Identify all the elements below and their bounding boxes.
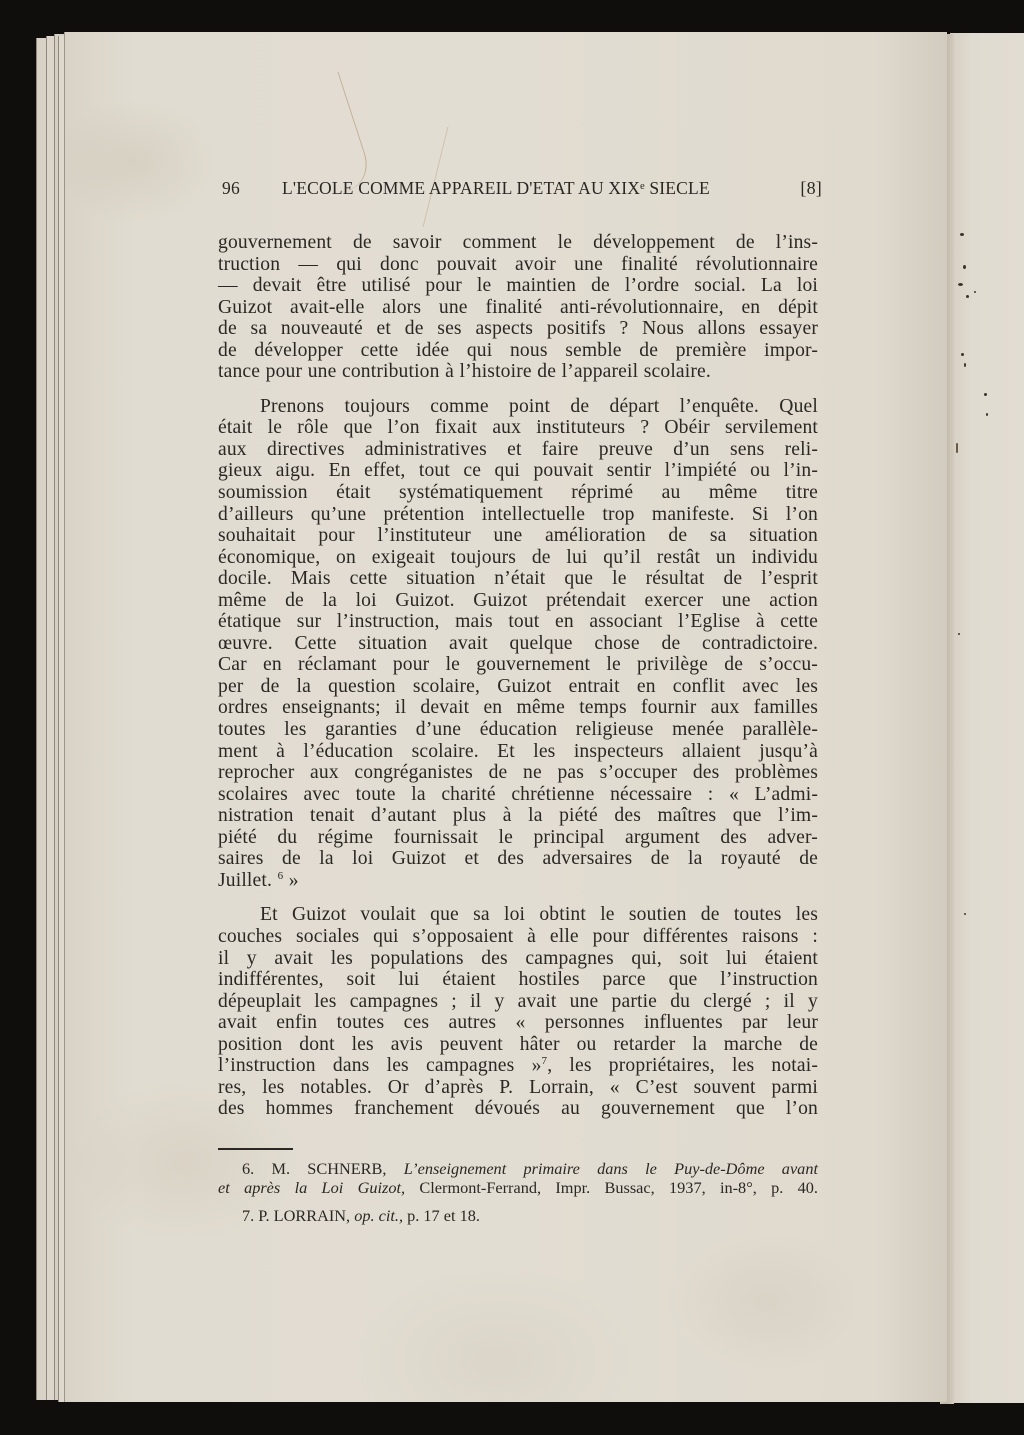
text-line: il y avait les populations des campagnes… (218, 948, 818, 970)
footnote-title: L’enseignement primaire dans le Puy-de-D… (404, 1159, 818, 1178)
text-line: Guizot avait-elle alors une finalité ant… (218, 297, 818, 319)
footnote-6: 6. M. SCHNERB, L’enseignement primaire d… (218, 1160, 818, 1197)
text-line: per de la question scolaire, Guizot entr… (218, 676, 818, 698)
text-line: Et Guizot voulait que sa loi obtint le s… (218, 904, 818, 926)
text-line: nistration tenait d’autant plus à la pié… (218, 805, 818, 827)
text-line: œuvre. Cette situation avait quelque cho… (218, 633, 818, 655)
text-line: Juillet. 6 » (218, 870, 818, 892)
text-fragment: , les propriétaires, les notai- (547, 1055, 818, 1076)
text-line: gieux aigu. En effet, tout ce qui pouvai… (218, 460, 818, 482)
footnote-ref[interactable]: 6 (278, 870, 284, 882)
text-line: des hommes franchement dévoués au gouver… (218, 1098, 818, 1120)
paragraph-2: Prenons toujours comme point de départ l… (218, 396, 818, 892)
text-line: avait enfin toutes ces autres « personne… (218, 1012, 818, 1034)
text-line: étatique sur l’instruction, mais tout en… (218, 611, 818, 633)
text-line: docile. Mais cette situation n’était que… (218, 568, 818, 590)
text-line: dépeuplait les campagnes ; il y avait un… (218, 991, 818, 1013)
text-fragment: Juillet. (218, 870, 272, 891)
text-line: position dont les avis peuvent hâter ou … (218, 1034, 818, 1056)
footnote-rule (218, 1148, 293, 1150)
paragraph-3: Et Guizot voulait que sa loi obtint le s… (218, 904, 818, 1119)
text-line: d’ailleurs qu’une prétention intellectue… (218, 504, 818, 526)
footnote-author: P. LORRAIN, (258, 1206, 350, 1225)
footnote-7: 7. P. LORRAIN, op. cit., p. 17 et 18. (218, 1207, 818, 1226)
text-line: truction — qui donc pouvait avoir une fi… (218, 254, 818, 276)
footnote-author: M. SCHNERB, (271, 1159, 386, 1178)
text-line: toutes les garanties d’une éducation rel… (218, 719, 818, 741)
text-line: tance pour une contribution à l’histoire… (218, 361, 818, 383)
text-line: — devait être utilisé pour le maintien d… (218, 275, 818, 297)
footnote-title: op. cit., (354, 1206, 403, 1225)
text-line: scolaires avec toute la charité chrétien… (218, 784, 818, 806)
footnotes: 6. M. SCHNERB, L’enseignement primaire d… (218, 1160, 818, 1226)
text-line: économique, on exigeait toujours de lui … (218, 547, 818, 569)
text-line: souhaitait pour l’instituteur une amélio… (218, 525, 818, 547)
text-line: ordres enseignants; il devait en même te… (218, 697, 818, 719)
text-line: aux directives administratives et faire … (218, 439, 818, 461)
text-line: indifférentes, soit lui étaient hostiles… (218, 969, 818, 991)
text-line: 6. M. SCHNERB, L’enseignement primaire d… (218, 1160, 818, 1179)
running-title: L'ECOLE COMME APPAREIL D'ETAT AU XIXᵉ SI… (282, 178, 710, 199)
footnote-title: et après la Loi Guizot, (218, 1178, 405, 1197)
text-line: couches sociales qui s’opposaient à elle… (218, 926, 818, 948)
text-line: soumission était systématiquement réprim… (218, 482, 818, 504)
running-head: 96 L'ECOLE COMME APPAREIL D'ETAT AU XIXᵉ… (222, 178, 822, 202)
footnote-number: 6. (242, 1159, 254, 1178)
text-line: l’instruction dans les campagnes »7, les… (218, 1055, 818, 1077)
text-line: était le rôle que l’on fixait aux instit… (218, 417, 818, 439)
text-line: ment à l’éducation scolaire. Et les insp… (218, 741, 818, 763)
water-stain (278, 72, 378, 192)
text-line: Prenons toujours comme point de départ l… (218, 396, 818, 418)
text-line: res, les notables. Or d’après P. Lorrain… (218, 1077, 818, 1099)
body-text: gouvernement de savoir comment le dévelo… (218, 232, 818, 1120)
text-line: de sa nouveauté et de ses aspects positi… (218, 318, 818, 340)
footnote-number: 7. (242, 1206, 254, 1225)
text-line: saires de la loi Guizot et des adversair… (218, 848, 818, 870)
facing-page-edge (950, 33, 1024, 1403)
text-line: Car en réclamant pour le gouvernement le… (218, 654, 818, 676)
water-stain (423, 127, 469, 227)
text-line: reprocher aux congréganistes de ne pas s… (218, 762, 818, 784)
closing-quote: » (289, 870, 299, 891)
text-fragment: l’instruction dans les campagnes » (218, 1055, 542, 1076)
footnote-pages: p. 17 et 18. (407, 1206, 480, 1225)
text-line: piété du régime fournissait le principal… (218, 827, 818, 849)
footnote-publication: Clermont-Ferrand, Impr. Bussac, 1937, in… (419, 1178, 818, 1197)
book-scan: 96 L'ECOLE COMME APPAREIL D'ETAT AU XIXᵉ… (0, 0, 1024, 1435)
text-line: même de la loi Guizot. Guizot prétendait… (218, 590, 818, 612)
section-number: [8] (800, 178, 822, 199)
text-line: gouvernement de savoir comment le dévelo… (218, 232, 818, 254)
text-line: et après la Loi Guizot, Clermont-Ferrand… (218, 1179, 818, 1198)
page-number: 96 (222, 178, 240, 199)
paragraph-1: gouvernement de savoir comment le dévelo… (218, 232, 818, 383)
text-line: de développer cette idée qui nous semble… (218, 340, 818, 362)
text-line: 7. P. LORRAIN, op. cit., p. 17 et 18. (218, 1207, 818, 1226)
